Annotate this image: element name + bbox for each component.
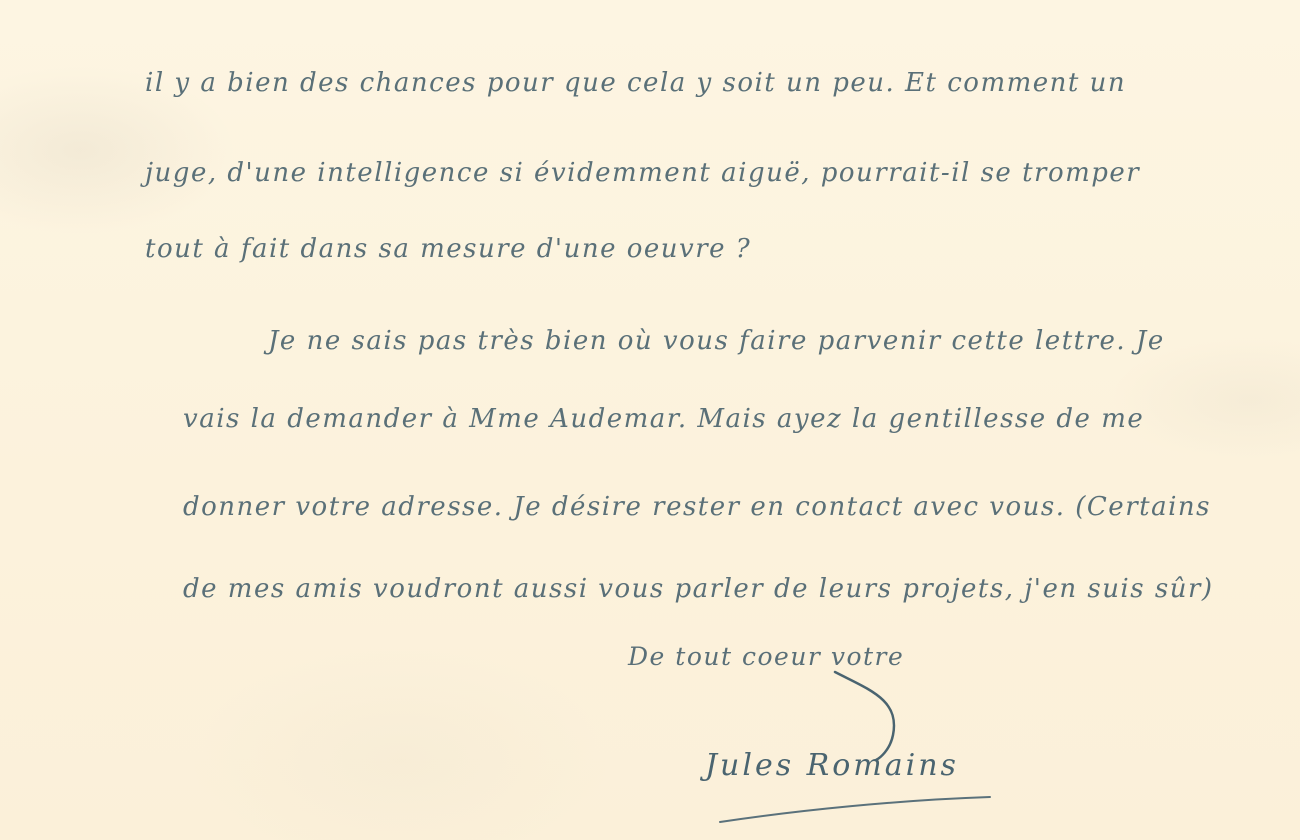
letter-line-1: il y a bien des chances pour que cela y …	[145, 68, 1126, 98]
letter-line-7: de mes amis voudront aussi vous parler d…	[183, 574, 1214, 604]
letter-line-5: vais la demander à Mme Audemar. Mais aye…	[183, 404, 1144, 434]
letter-closing: De tout coeur votre	[628, 642, 904, 671]
letter-line-3: tout à fait dans sa mesure d'une oeuvre …	[145, 234, 751, 264]
letter-line-2: juge, d'une intelligence si évidemment a…	[145, 158, 1140, 188]
letter-line-4: Je ne sais pas très bien où vous faire p…	[268, 326, 1165, 356]
signature: Jules Romains	[705, 748, 959, 783]
letter-line-6: donner votre adresse. Je désire rester e…	[183, 492, 1211, 522]
